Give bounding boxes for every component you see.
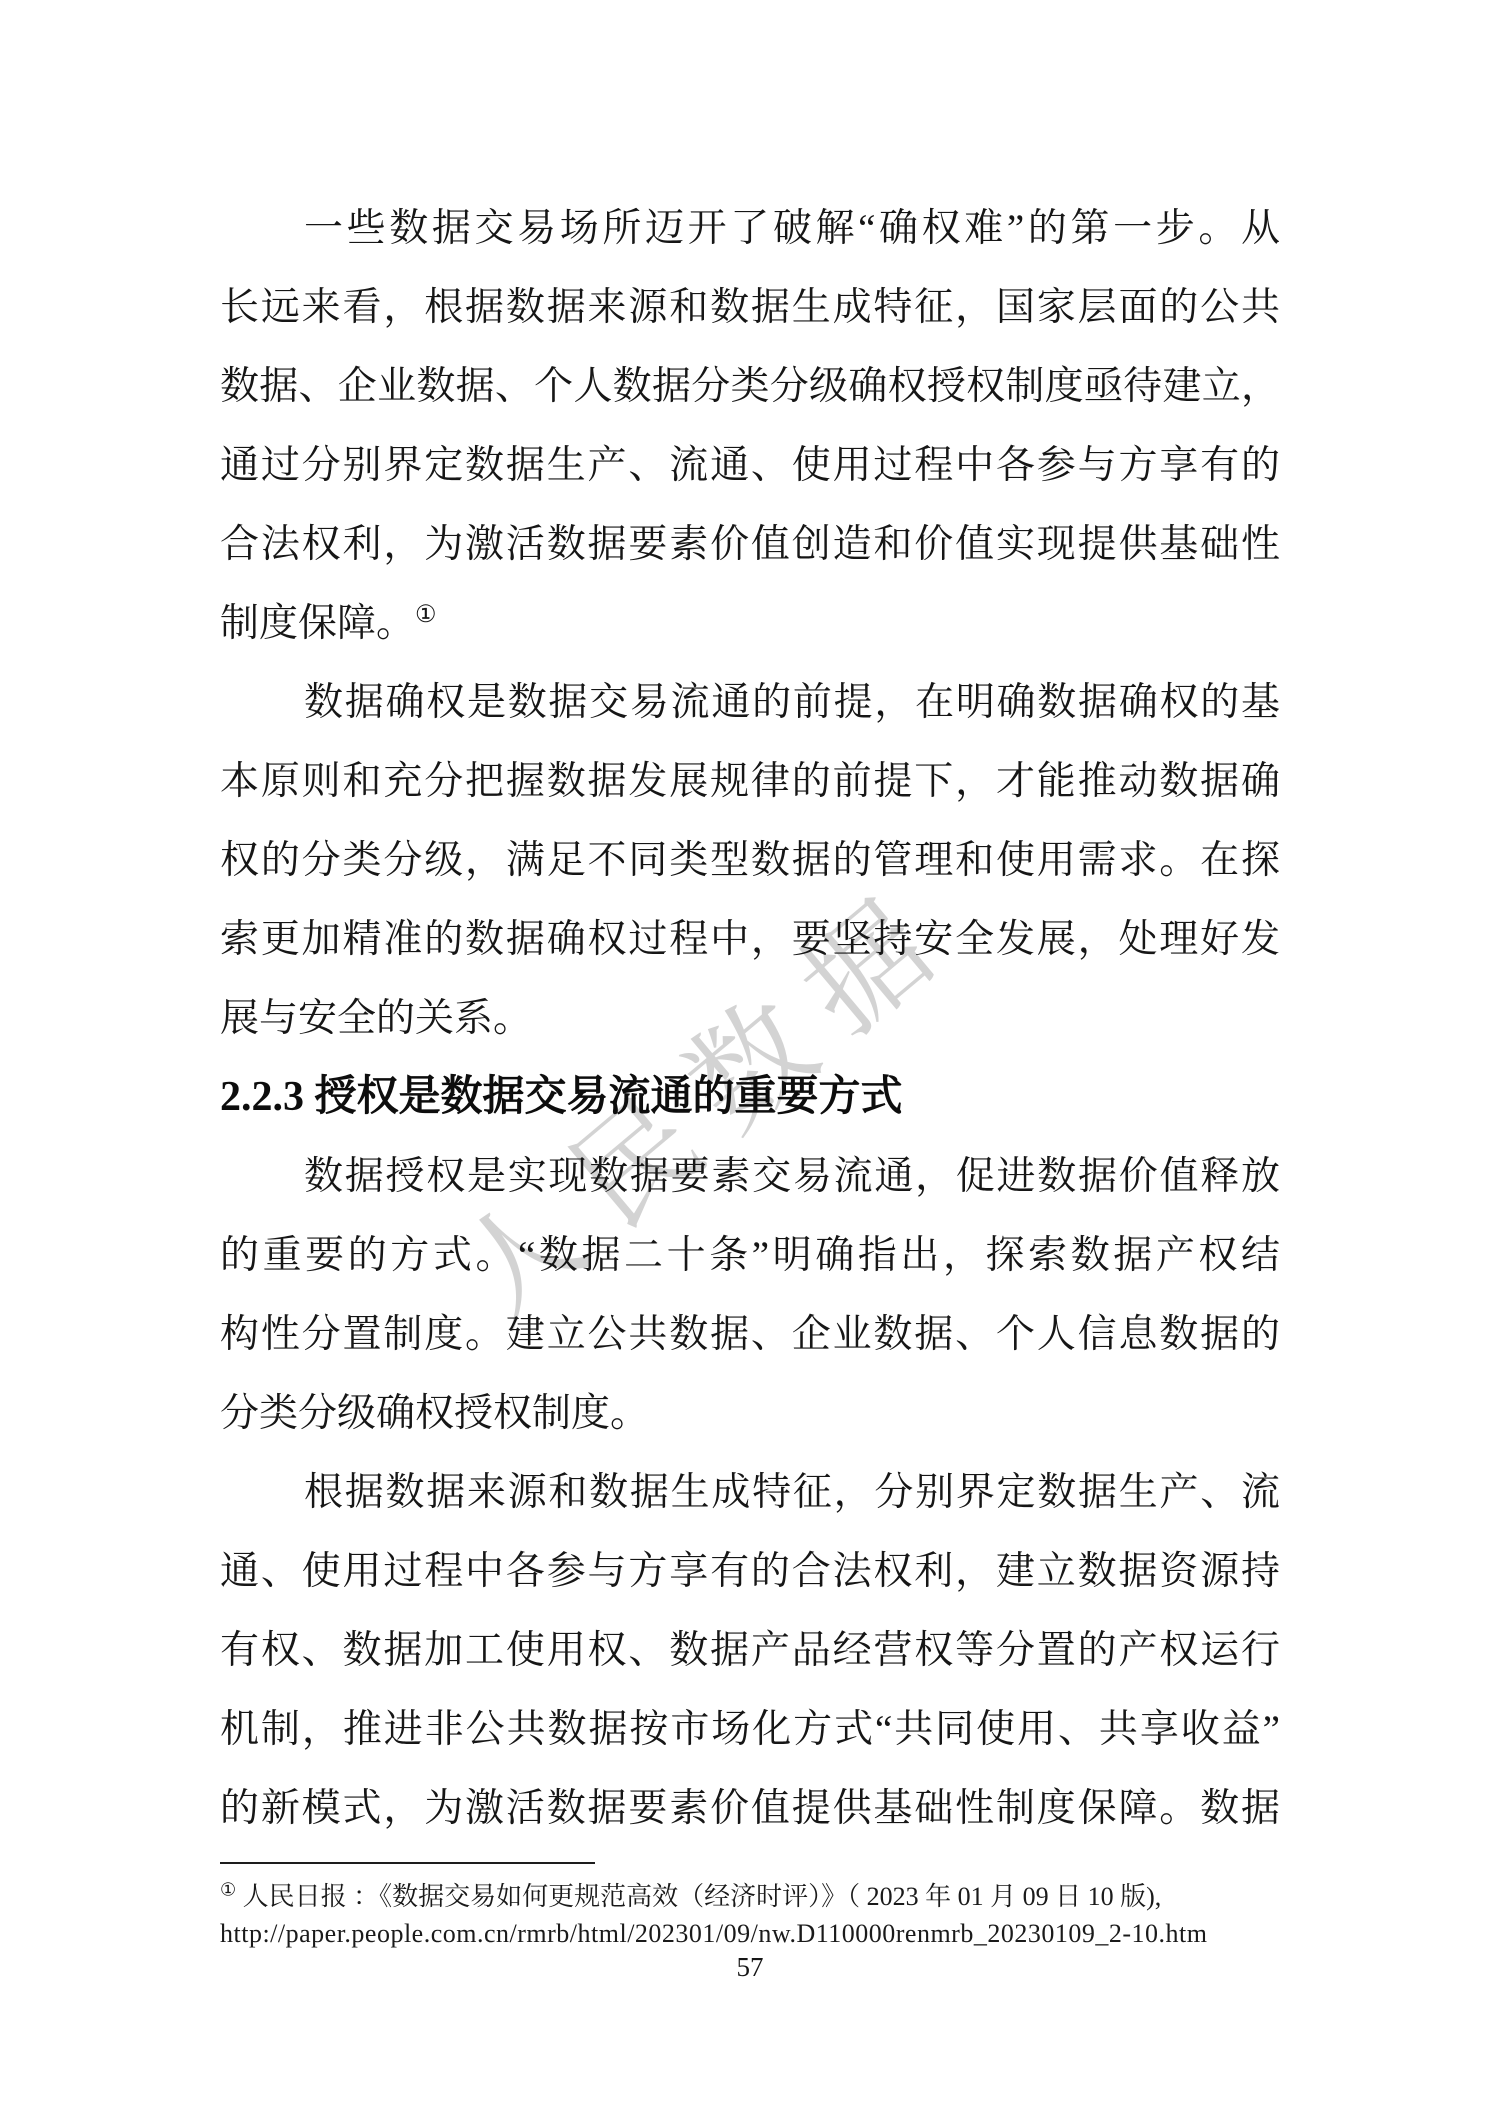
footnote-ref-marker: ① [415,602,437,628]
body-line-text: 制度保障。 [220,602,415,645]
page-number: 57 [0,1952,1500,1983]
footnote-marker: ① [220,1879,236,1899]
body-line: 的新模式，为激活数据要素价值提供基础性制度保障。数据 [220,1769,1280,1848]
footnote-source-line: ① 人民日报 ：《数据交易如何更规范高效（经济时评）》（ 2023 年 01 月… [220,1878,1310,1915]
body-line: 数据确权是数据交易流通的前提，在明确数据确权的基 [220,663,1280,742]
section-heading: 2.2.3 授权是数据交易流通的重要方式 [220,1058,1280,1137]
body-line: 长远来看，根据数据来源和数据生成特征，国家层面的公共 [220,268,1280,347]
body-line: 分类分级确权授权制度。 [220,1374,1280,1453]
body-text-block: 一些数据交易场所迈开了破解“确权难”的第一步。从 长远来看，根据数据来源和数据生… [220,189,1280,1848]
body-line: 构性分置制度。建立公共数据、企业数据、个人信息数据的 [220,1295,1280,1374]
body-line: 根据数据来源和数据生成特征，分别界定数据生产、流 [220,1453,1280,1532]
body-line: 的重要的方式。“数据二十条”明确指出，探索数据产权结 [220,1216,1280,1295]
body-line: 制度保障。① [220,584,1280,663]
body-line: 合法权利，为激活数据要素价值创造和价值实现提供基础性 [220,505,1280,584]
document-page: 人民数据 一些数据交易场所迈开了破解“确权难”的第一步。从 长远来看，根据数据来… [0,0,1500,2121]
body-line: 机制，推进非公共数据按市场化方式“共同使用、共享收益” [220,1690,1280,1769]
body-line: 通、使用过程中各参与方享有的合法权利，建立数据资源持 [220,1532,1280,1611]
footnote-source-text: 人民日报 ：《数据交易如何更规范高效（经济时评）》（ 2023 年 01 月 0… [243,1882,1162,1911]
footnote-separator [220,1862,595,1864]
body-line: 一些数据交易场所迈开了破解“确权难”的第一步。从 [220,189,1280,268]
body-line: 数据、企业数据、个人数据分类分级确权授权制度亟待建立， [220,347,1280,426]
footnote: ① 人民日报 ：《数据交易如何更规范高效（经济时评）》（ 2023 年 01 月… [220,1878,1310,1952]
body-line: 数据授权是实现数据要素交易流通，促进数据价值释放 [220,1137,1280,1216]
body-line: 有权、数据加工使用权、数据产品经营权等分置的产权运行 [220,1611,1280,1690]
body-line: 展与安全的关系。 [220,979,1280,1058]
body-line: 通过分别界定数据生产、流通、使用过程中各参与方享有的 [220,426,1280,505]
body-line: 索更加精准的数据确权过程中，要坚持安全发展，处理好发 [220,900,1280,979]
body-line: 本原则和充分把握数据发展规律的前提下，才能推动数据确 [220,742,1280,821]
body-line: 权的分类分级，满足不同类型数据的管理和使用需求。在探 [220,821,1280,900]
footnote-url: http://paper.people.com.cn/rmrb/html/202… [220,1915,1310,1952]
